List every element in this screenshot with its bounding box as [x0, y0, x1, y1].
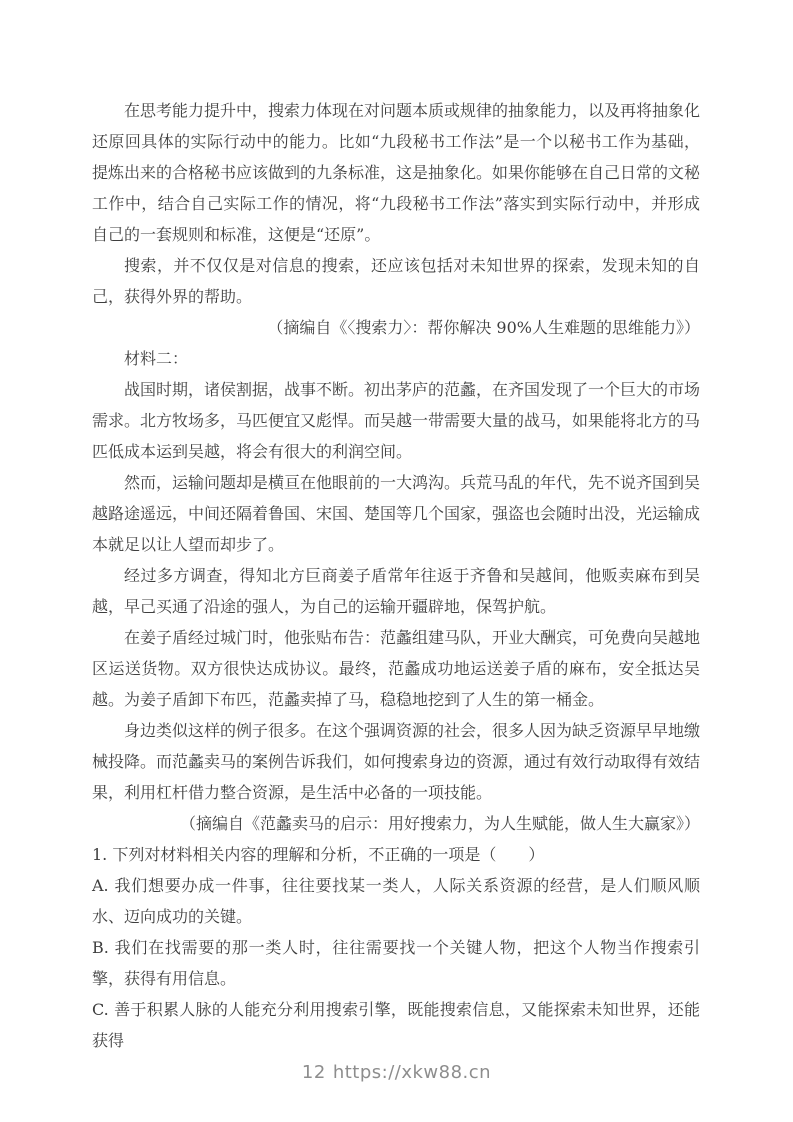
material2-heading: 材料二： — [92, 343, 700, 374]
material2-source-attribution: （摘编自《范蠡卖马的启示：用好搜索力，为人生赋能，做人生大赢家》） — [92, 808, 700, 839]
material1-source-attribution: （摘编自《〈搜索力〉：帮你解决 90%人生难题的思维能力》） — [92, 312, 700, 343]
question-1-option-a: A. 我们想要办成一件事，往往要找某一类人，人际关系资源的经营，是人们顺风顺水、… — [92, 870, 700, 932]
page-footer: 12https://xkw88.cn — [0, 1062, 793, 1083]
material1-para-search: 搜索，并不仅仅是对信息的搜索，还应该包括对未知世界的探索，发现未知的自己，获得外… — [92, 250, 700, 312]
page-number: 12 — [302, 1062, 326, 1083]
material1-para-thinking: 在思考能力提升中，搜索力体现在对问题本质或规律的抽象能力，以及再将抽象化还原回具… — [92, 95, 700, 250]
material2-para-transport: 然而，运输问题却是横亘在他眼前的一大鸿沟。兵荒马乱的年代，先不说齐国到吴越路途遥… — [92, 467, 700, 560]
material2-para-conclusion: 身边类似这样的例子很多。在这个强调资源的社会，很多人因为缺乏资源早早地缴械投降。… — [92, 715, 700, 808]
watermark-url: https://xkw88.cn — [333, 1062, 491, 1083]
material2-para-notice: 在姜子盾经过城门时，他张贴布告：范蠡组建马队，开业大酬宾，可免费向吴越地区运送货… — [92, 622, 700, 715]
material2-para-investigation: 经过多方调查，得知北方巨商姜子盾常年往返于齐鲁和吴越间，他贩卖麻布到吴越，早己买… — [92, 560, 700, 622]
question-1-option-c: C. 善于积累人脉的人能充分利用搜索引擎，既能搜索信息，又能探索未知世界，还能获… — [92, 994, 700, 1056]
question-1: 1. 下列对材料相关内容的理解和分析，不正确的一项是（ ） — [92, 839, 700, 870]
document-body: 在思考能力提升中，搜索力体现在对问题本质或规律的抽象能力，以及再将抽象化还原回具… — [92, 95, 700, 1056]
material2-para-market: 战国时期，诸侯割据，战事不断。初出茅庐的范蠡，在齐国发现了一个巨大的市场需求。北… — [92, 374, 700, 467]
question-1-option-b: B. 我们在找需要的那一类人时，往往需要找一个关键人物，把这个人物当作搜索引擎，… — [92, 932, 700, 994]
